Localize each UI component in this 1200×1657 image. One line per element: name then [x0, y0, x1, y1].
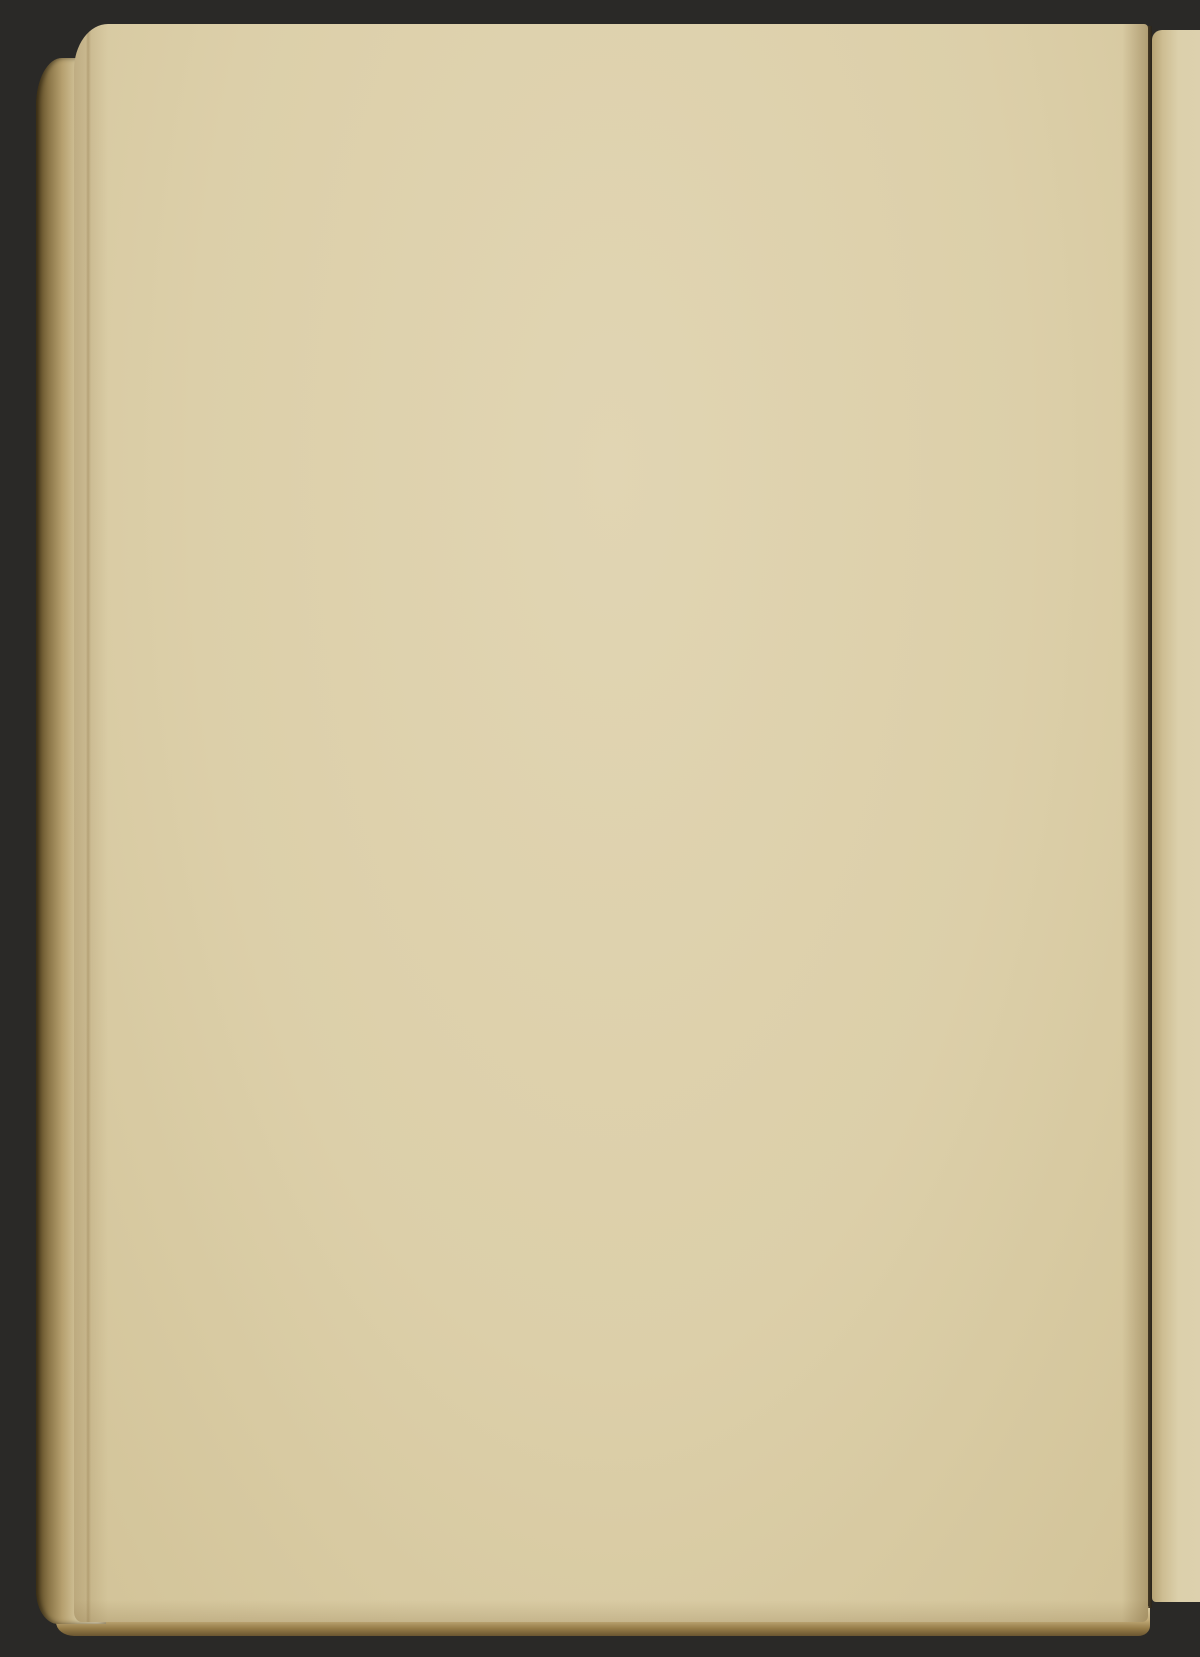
book-page [74, 24, 1148, 1622]
adjacent-page-right [1152, 30, 1200, 1602]
scanned-book-photo: { "page": { "number": "78", "heading": "… [0, 0, 1200, 1657]
